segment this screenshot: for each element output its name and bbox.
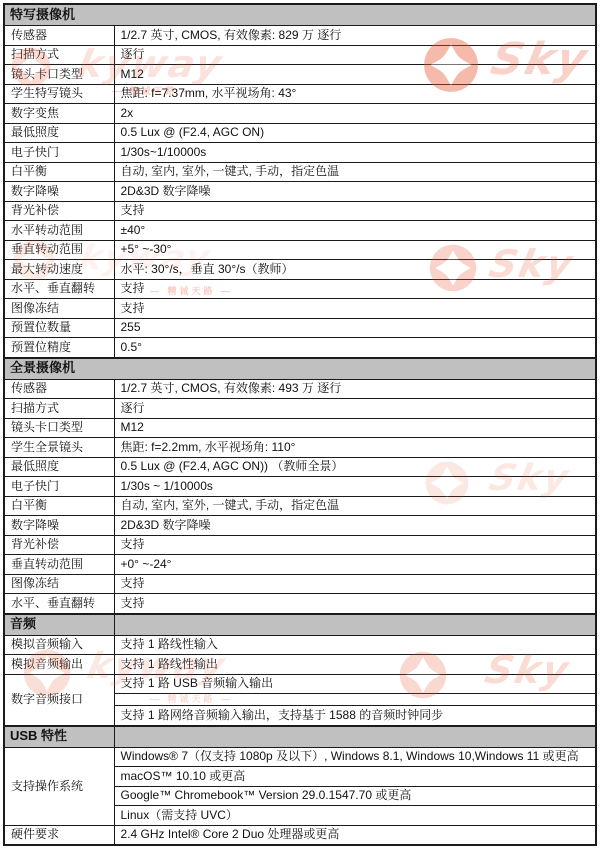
table-row: 预置位数量255 xyxy=(4,318,596,338)
spec-label: 电子快门 xyxy=(4,143,114,163)
table-row: 硬件要求2.4 GHz Intel® Core 2 Duo 处理器或更高 xyxy=(4,825,596,845)
table-row: 学生特写镜头焦距: f=7.37mm, 水平视场角: 43° xyxy=(4,84,596,104)
spec-value: 2D&3D 数字降噪 xyxy=(114,516,596,536)
spec-label: 模拟音频输出 xyxy=(4,655,114,675)
spec-value: +0° ~-24° xyxy=(114,555,596,575)
spec-value: 255 xyxy=(114,318,596,338)
spec-value: 支持 1 路线性输入 xyxy=(114,635,596,655)
table-row: 最低照度0.5 Lux @ (F2.4, AGC ON)) （教师全景） xyxy=(4,457,596,477)
table-row: 传感器1/2.7 英寸, CMOS, 有效像素: 829 万 逐行 xyxy=(4,26,596,46)
spec-label: 水平转动范围 xyxy=(4,221,114,241)
spec-value: Google™ Chromebook™ Version 29.0.1547.70… xyxy=(114,786,596,806)
spec-label: 白平衡 xyxy=(4,162,114,182)
table-row: 支持操作系统Windows® 7（仅支持 1080p 及以下）, Windows… xyxy=(4,747,596,767)
table-row: 电子快门1/30s~1/10000s xyxy=(4,143,596,163)
spec-sheet-page: 特写摄像机传感器1/2.7 英寸, CMOS, 有效像素: 829 万 逐行扫描… xyxy=(0,0,600,851)
spec-value: 逐行 xyxy=(114,45,596,65)
spec-label: 传感器 xyxy=(4,26,114,46)
spec-label: 预置位精度 xyxy=(4,338,114,358)
spec-value: 支持 1 路 USB 音频输入输出 xyxy=(114,674,596,694)
table-row: 传感器1/2.7 英寸, CMOS, 有效像素: 493 万 逐行 xyxy=(4,379,596,399)
spec-label: 学生全景镜头 xyxy=(4,438,114,458)
section-header-row: 音频 xyxy=(4,614,596,636)
spec-value: 1/30s~1/10000s xyxy=(114,143,596,163)
table-row: 数字变焦2x xyxy=(4,104,596,124)
spec-label: 水平、垂直翻转 xyxy=(4,594,114,614)
spec-value: 支持 1 路线性输出 xyxy=(114,655,596,675)
table-row: 模拟音频输入支持 1 路线性输入 xyxy=(4,635,596,655)
section-header-row: USB 特性 xyxy=(4,726,596,748)
spec-value: M12 xyxy=(114,418,596,438)
spec-tables: 特写摄像机传感器1/2.7 英寸, CMOS, 有效像素: 829 万 逐行扫描… xyxy=(0,0,600,846)
spec-value: 支持 xyxy=(114,201,596,221)
spec-value: Windows® 7（仅支持 1080p 及以下）, Windows 8.1, … xyxy=(114,747,596,767)
spec-value: 2D&3D 数字降噪 xyxy=(114,182,596,202)
section-header-row: 全景摄像机 xyxy=(4,358,596,380)
spec-label: 垂直转动范围 xyxy=(4,240,114,260)
spec-label: 背光补偿 xyxy=(4,201,114,221)
section-table: USB 特性支持操作系统Windows® 7（仅支持 1080p 及以下）, W… xyxy=(3,725,597,847)
spec-value: ±40° xyxy=(114,221,596,241)
spec-value: +5° ~-30° xyxy=(114,240,596,260)
section-table: 特写摄像机传感器1/2.7 英寸, CMOS, 有效像素: 829 万 逐行扫描… xyxy=(3,3,597,359)
table-row: 扫描方式逐行 xyxy=(4,399,596,419)
spec-label: 预置位数量 xyxy=(4,318,114,338)
spec-value: 支持 xyxy=(114,574,596,594)
section-title: 特写摄像机 xyxy=(4,4,596,26)
section-title: 全景摄像机 xyxy=(4,358,596,380)
spec-value: 水平: 30°/s，垂直 30°/s（教师） xyxy=(114,260,596,280)
table-row: 扫描方式逐行 xyxy=(4,45,596,65)
table-row: 镜头卡口类型M12 xyxy=(4,418,596,438)
spec-value: 0.5 Lux @ (F2.4, AGC ON) xyxy=(114,123,596,143)
table-row: 水平、垂直翻转支持 xyxy=(4,279,596,299)
spec-label: 学生特写镜头 xyxy=(4,84,114,104)
section-table: 音频模拟音频输入支持 1 路线性输入模拟音频输出支持 1 路线性输出数字音频接口… xyxy=(3,613,597,727)
section-title: USB 特性 xyxy=(4,726,114,748)
spec-label: 镜头卡口类型 xyxy=(4,418,114,438)
spec-value: 支持 1 路网络音频输入输出，支持基于 1588 的音频时钟同步 xyxy=(114,706,596,726)
spec-label: 最低照度 xyxy=(4,457,114,477)
spec-label: 图像冻结 xyxy=(4,299,114,319)
spec-label: 最大转动速度 xyxy=(4,260,114,280)
spec-label: 镜头卡口类型 xyxy=(4,65,114,85)
spec-label: 白平衡 xyxy=(4,496,114,516)
section-header-spacer xyxy=(114,726,596,748)
spec-label: 数字变焦 xyxy=(4,104,114,124)
table-row: 镜头卡口类型M12 xyxy=(4,65,596,85)
table-row: 图像冻结支持 xyxy=(4,299,596,319)
spec-value: 逐行 xyxy=(114,399,596,419)
table-row: 电子快门1/30s ~ 1/10000s xyxy=(4,477,596,497)
spec-value: 支持 xyxy=(114,535,596,555)
spec-label: 扫描方式 xyxy=(4,399,114,419)
spec-label: 数字降噪 xyxy=(4,516,114,536)
table-row: 学生全景镜头焦距: f=2.2mm, 水平视场角: 110° xyxy=(4,438,596,458)
table-row: 背光补偿支持 xyxy=(4,535,596,555)
spec-label: 硬件要求 xyxy=(4,825,114,845)
table-row: 水平转动范围±40° xyxy=(4,221,596,241)
spec-value: 支持 xyxy=(114,594,596,614)
spec-label: 背光补偿 xyxy=(4,535,114,555)
spec-label: 模拟音频输入 xyxy=(4,635,114,655)
spec-label: 垂直转动范围 xyxy=(4,555,114,575)
spec-value: 支持 xyxy=(114,299,596,319)
spec-label: 水平、垂直翻转 xyxy=(4,279,114,299)
spec-label: 扫描方式 xyxy=(4,45,114,65)
spec-value: M12 xyxy=(114,65,596,85)
table-row: 数字音频接口支持 1 路 USB 音频输入输出 xyxy=(4,674,596,694)
table-row: 数字降噪2D&3D 数字降噪 xyxy=(4,516,596,536)
table-row: 垂直转动范围+0° ~-24° xyxy=(4,555,596,575)
table-row: 模拟音频输出支持 1 路线性输出 xyxy=(4,655,596,675)
spec-value: 2.4 GHz Intel® Core 2 Duo 处理器或更高 xyxy=(114,825,596,845)
table-row: 数字降噪2D&3D 数字降噪 xyxy=(4,182,596,202)
spec-label: 数字降噪 xyxy=(4,182,114,202)
table-row: 最低照度0.5 Lux @ (F2.4, AGC ON) xyxy=(4,123,596,143)
spec-value: 1/2.7 英寸, CMOS, 有效像素: 493 万 逐行 xyxy=(114,379,596,399)
spec-value: 焦距: f=2.2mm, 水平视场角: 110° xyxy=(114,438,596,458)
spec-label: 传感器 xyxy=(4,379,114,399)
spec-value: 自动, 室内, 室外, 一键式, 手动，指定色温 xyxy=(114,162,596,182)
spec-label: 支持操作系统 xyxy=(4,747,114,825)
spec-label: 数字音频接口 xyxy=(4,674,114,726)
spec-value: macOS™ 10.10 或更高 xyxy=(114,767,596,787)
table-row: 图像冻结支持 xyxy=(4,574,596,594)
spec-value: 0.5 Lux @ (F2.4, AGC ON)) （教师全景） xyxy=(114,457,596,477)
spec-value: 2x xyxy=(114,104,596,124)
spec-value: 1/30s ~ 1/10000s xyxy=(114,477,596,497)
spec-label: 图像冻结 xyxy=(4,574,114,594)
section-table: 全景摄像机传感器1/2.7 英寸, CMOS, 有效像素: 493 万 逐行扫描… xyxy=(3,357,597,615)
table-row: 最大转动速度水平: 30°/s，垂直 30°/s（教师） xyxy=(4,260,596,280)
spec-label: 最低照度 xyxy=(4,123,114,143)
spec-value: 1/2.7 英寸, CMOS, 有效像素: 829 万 逐行 xyxy=(114,26,596,46)
spec-value: 0.5° xyxy=(114,338,596,358)
spec-value: Linux（需支持 UVC） xyxy=(114,806,596,826)
table-row: 水平、垂直翻转支持 xyxy=(4,594,596,614)
spec-value: 支持 xyxy=(114,279,596,299)
spec-value xyxy=(114,694,596,706)
section-title: 音频 xyxy=(4,614,114,636)
table-row: 白平衡自动, 室内, 室外, 一键式, 手动，指定色温 xyxy=(4,496,596,516)
table-row: 垂直转动范围+5° ~-30° xyxy=(4,240,596,260)
spec-value: 自动, 室内, 室外, 一键式, 手动，指定色温 xyxy=(114,496,596,516)
section-header-row: 特写摄像机 xyxy=(4,4,596,26)
table-row: 背光补偿支持 xyxy=(4,201,596,221)
table-row: 白平衡自动, 室内, 室外, 一键式, 手动，指定色温 xyxy=(4,162,596,182)
section-header-spacer xyxy=(114,614,596,636)
spec-label: 电子快门 xyxy=(4,477,114,497)
table-row: 预置位精度0.5° xyxy=(4,338,596,358)
spec-value: 焦距: f=7.37mm, 水平视场角: 43° xyxy=(114,84,596,104)
